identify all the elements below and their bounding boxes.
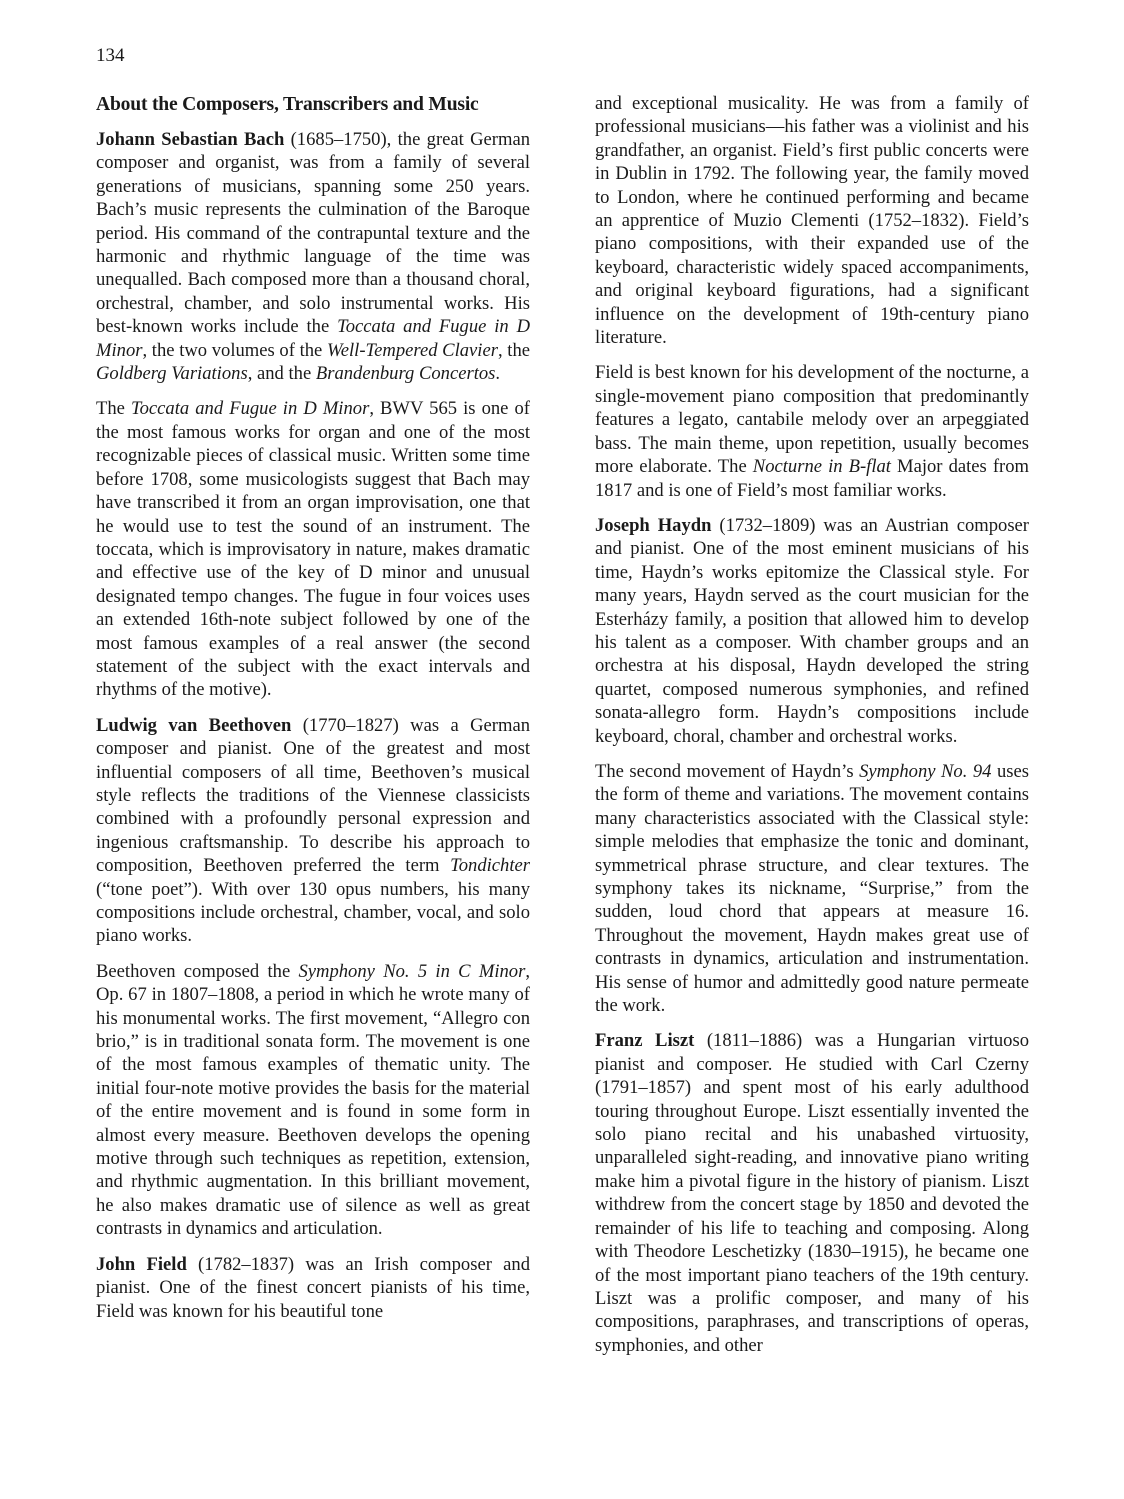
body-text: (1811–1886) was a Hungarian virtuoso pia… [595,1030,1029,1355]
work-title: Goldberg Variations [96,363,248,384]
paragraph-liszt-bio: Franz Liszt (1811–1886) was a Hungarian … [595,1029,1029,1357]
paragraph-field-nocturne: Field is best known for his development … [595,361,1029,501]
work-title: Brandenburg Concertos [316,363,496,384]
composer-name: John Field [96,1254,187,1275]
body-text: Beethoven composed the [96,961,298,982]
body-text: and exceptional musicality. He was from … [595,93,1029,348]
work-title: Well-Tempered Clavier [327,340,498,361]
page-number: 134 [96,44,125,68]
paragraph-beethoven-symphony: Beethoven composed the Symphony No. 5 in… [96,960,530,1241]
composer-name: Ludwig van Beethoven [96,715,291,736]
work-title: Tondichter [450,855,530,876]
body-text: , the two volumes of the [142,340,327,361]
body-text: (1732–1809) was an Austrian composer and… [595,515,1029,747]
paragraph-beethoven-bio: Ludwig van Beethoven (1770–1827) was a G… [96,714,530,948]
body-text: (1685–1750), the great German composer a… [96,129,530,337]
work-title: Nocturne in B-flat [753,456,891,477]
body-text: The [96,398,131,419]
body-text: , and the [248,363,316,384]
paragraph-bach-toccata: The Toccata and Fugue in D Minor, BWV 56… [96,397,530,701]
paragraph-field-bio: John Field (1782–1837) was an Irish comp… [96,1253,530,1323]
left-paragraphs: Johann Sebastian Bach (1685–1750), the g… [96,128,530,1323]
paragraph-haydn-bio: Joseph Haydn (1732–1809) was an Austrian… [595,514,1029,748]
right-paragraphs: and exceptional musicality. He was from … [595,92,1029,1357]
paragraph-bach-bio: Johann Sebastian Bach (1685–1750), the g… [96,128,530,385]
body-text: (“tone poet”). With over 130 opus number… [96,879,530,947]
body-text: uses the form of theme and variations. T… [595,761,1029,1016]
composer-name: Johann Sebastian Bach [96,129,284,150]
body-text: , Op. 67 in 1807–1808, a period in which… [96,961,530,1239]
body-text: (1770–1827) was a German composer and pi… [96,715,530,876]
body-text: . [495,363,500,384]
left-column: About the Composers, Transcribers and Mu… [96,92,530,1335]
body-text: , BWV 565 is one of the most famous work… [96,398,530,700]
composer-name: Joseph Haydn [595,515,711,536]
body-text: , the [498,340,530,361]
body-text: The second movement of Haydn’s [595,761,859,782]
work-title: Toccata and Fugue in D Minor [131,398,369,419]
section-heading: About the Composers, Transcribers and Mu… [96,92,530,118]
right-column: and exceptional musicality. He was from … [595,92,1029,1369]
paragraph-haydn-symphony: The second movement of Haydn’s Symphony … [595,760,1029,1017]
work-title: Symphony No. 94 [859,761,991,782]
composer-name: Franz Liszt [595,1030,694,1051]
work-title: Symphony No. 5 in C Minor [298,961,525,982]
paragraph-field-bio-cont: and exceptional musicality. He was from … [595,92,1029,349]
